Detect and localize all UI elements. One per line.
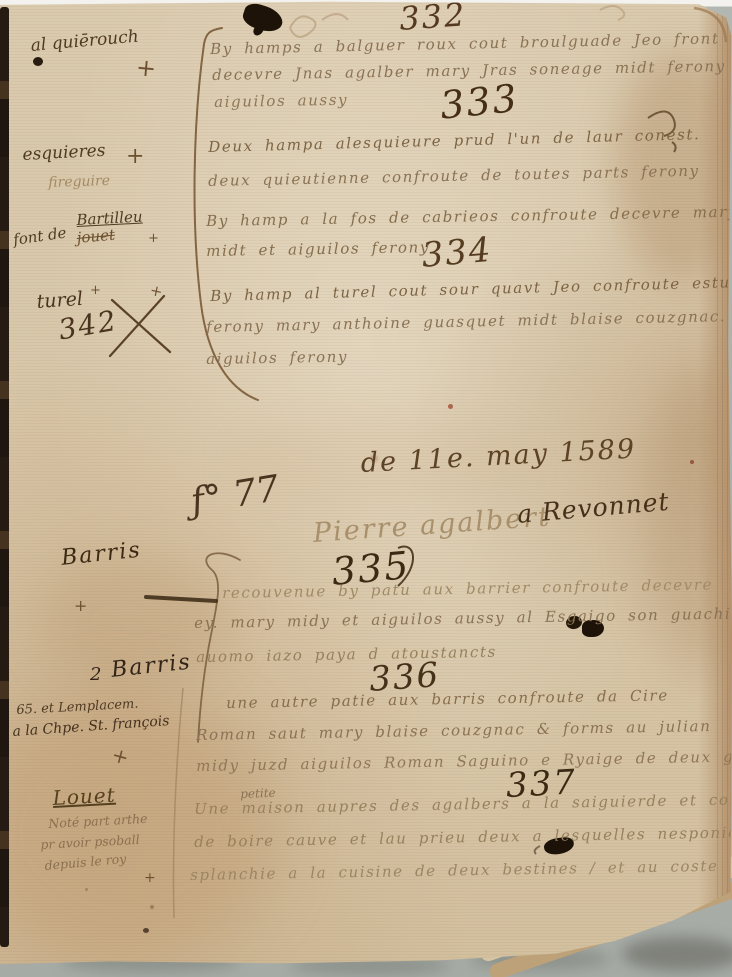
binding-edge xyxy=(0,7,9,947)
manuscript-page: 332 333 334 335 336 337 By hamps a balgu… xyxy=(0,0,732,977)
margin-cross-mark: + xyxy=(74,596,87,615)
margin-note-jouet-struck: jouet xyxy=(76,226,116,247)
entry-332-line-3: aiguilos aussy xyxy=(214,91,348,111)
margin-note-barris-2-prefix: 2 xyxy=(90,664,101,685)
entry-number-332: 332 xyxy=(398,0,468,38)
margin-cross-mark: + xyxy=(126,144,144,169)
margin-cross-mark: + xyxy=(144,870,156,886)
page-edge-sheet-lines xyxy=(717,6,732,911)
torn-corner-shadow xyxy=(622,937,732,971)
entry-turel-line-3: aiguilos ferony xyxy=(206,348,348,368)
margin-cross-mark: + xyxy=(148,231,159,246)
margin-cross-mark: + xyxy=(135,53,157,83)
margin-note-fireguire: fireguire xyxy=(48,173,110,191)
margin-cross-mark: + xyxy=(90,283,101,298)
entry-number-333: 333 xyxy=(438,76,521,128)
margin-note-louet: Louet xyxy=(52,783,116,810)
margin-note-turel: turel xyxy=(36,288,84,313)
entry-number-334: 334 xyxy=(420,230,494,276)
margin-ink-dot xyxy=(33,57,43,66)
